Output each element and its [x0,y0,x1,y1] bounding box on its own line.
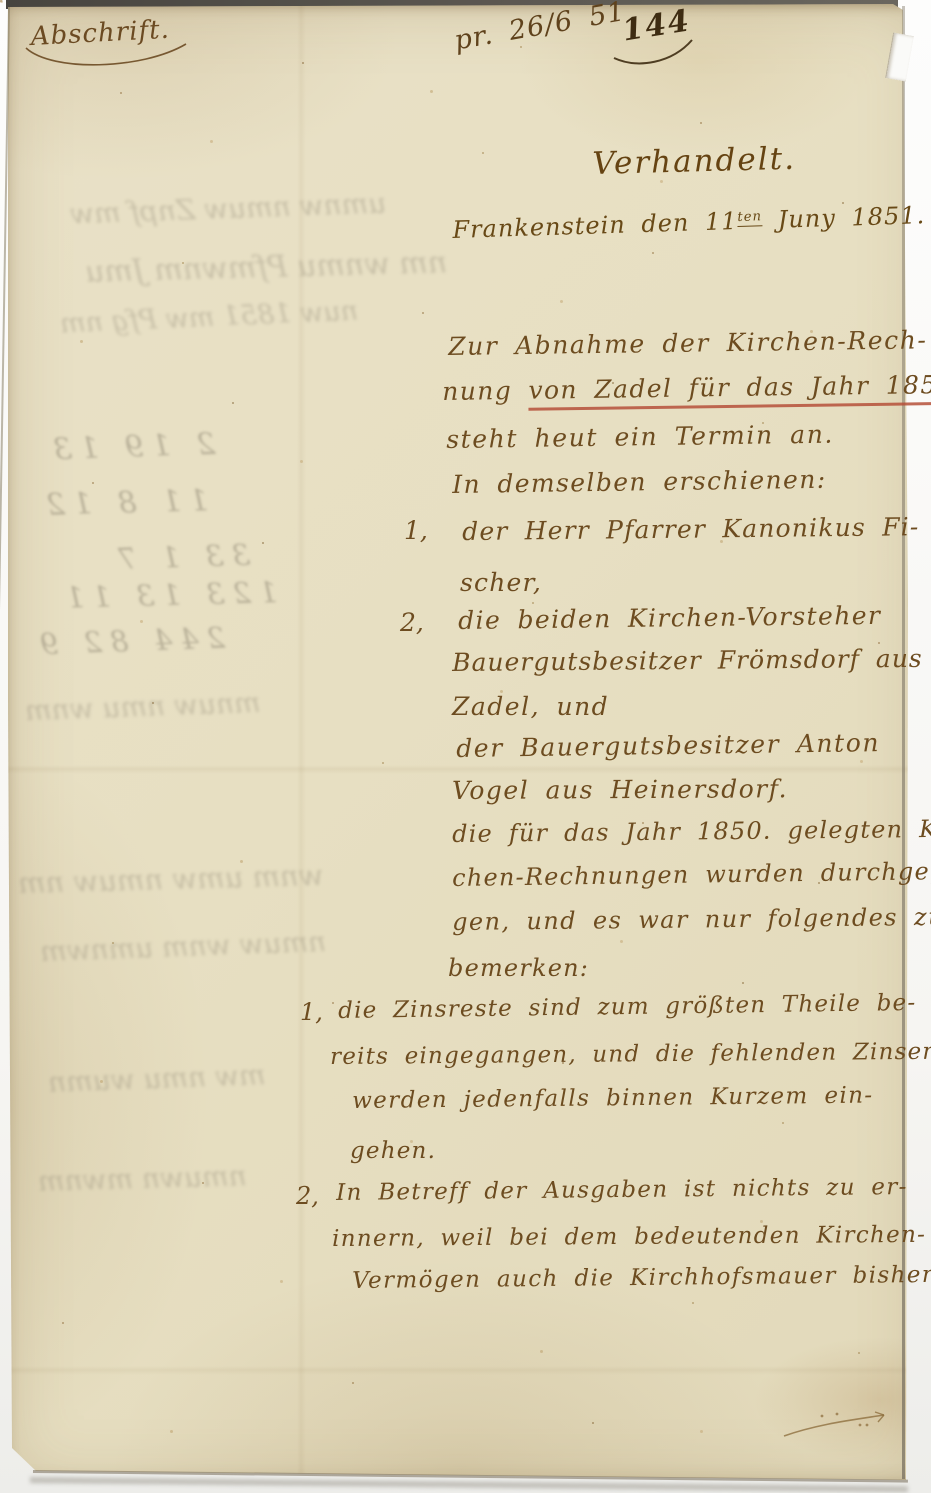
appeared-2-line-3: Zadel, und [452,692,609,721]
appeared-2-line-1: die beiden Kirchen-Vorsteher [458,601,881,635]
body-line-4: bemerken: [448,954,589,982]
body-line-3: gen, und es war nur folgendes zu [452,903,931,936]
appeared-2-marker: 2, [400,608,424,637]
folio-underline [610,38,700,66]
intro-line-2: nung von Zadel für das Jahr 1850, [442,370,931,406]
dateline-ordinal: ten [737,209,762,227]
remark-2-line-2: innern, weil bei dem bedeutenden Kirchen… [332,1222,926,1252]
intro-line-2-prefix: nung [442,376,529,406]
appeared-1-line-1: der Herr Pfarrer Kanonikus Fi- [462,512,920,546]
remark-2-marker: 2, [296,1182,319,1210]
foxing-speckles-light [0,0,3,3]
abschrift-flourish [22,42,194,74]
body-line-1: die für das Jahr 1850. gelegten Kir- [452,815,931,848]
dateline-suffix: Juny 1851. [762,201,926,234]
intro-line-3: steht heut ein Termin an. [446,420,834,454]
red-underlined-passage: von Zadel für das Jahr 1850 [528,370,931,411]
appeared-1-marker: 1, [404,516,428,545]
remark-1-line-3: werden jedenfalls binnen Kurzem ein- [352,1083,874,1114]
page-end-mark [782,1408,894,1444]
intro-line-4: In demselben erschienen: [452,465,827,499]
appeared-2-line-2: Bauergutsbesitzer Frömsdorf aus [452,644,923,677]
appeared-2-line-4: der Bauergutsbesitzer Anton [456,728,880,763]
doc-title: Verhandelt. [592,141,796,182]
remark-1-line-4: gehen. [350,1138,436,1164]
remark-1-line-2: reits eingegangen, und die fehlenden Zin… [330,1039,931,1070]
appeared-2-line-5: Vogel aus Heinersdorf. [452,774,788,805]
appeared-1-line-2: scher, [460,568,542,597]
remark-1-marker: 1, [300,998,323,1026]
